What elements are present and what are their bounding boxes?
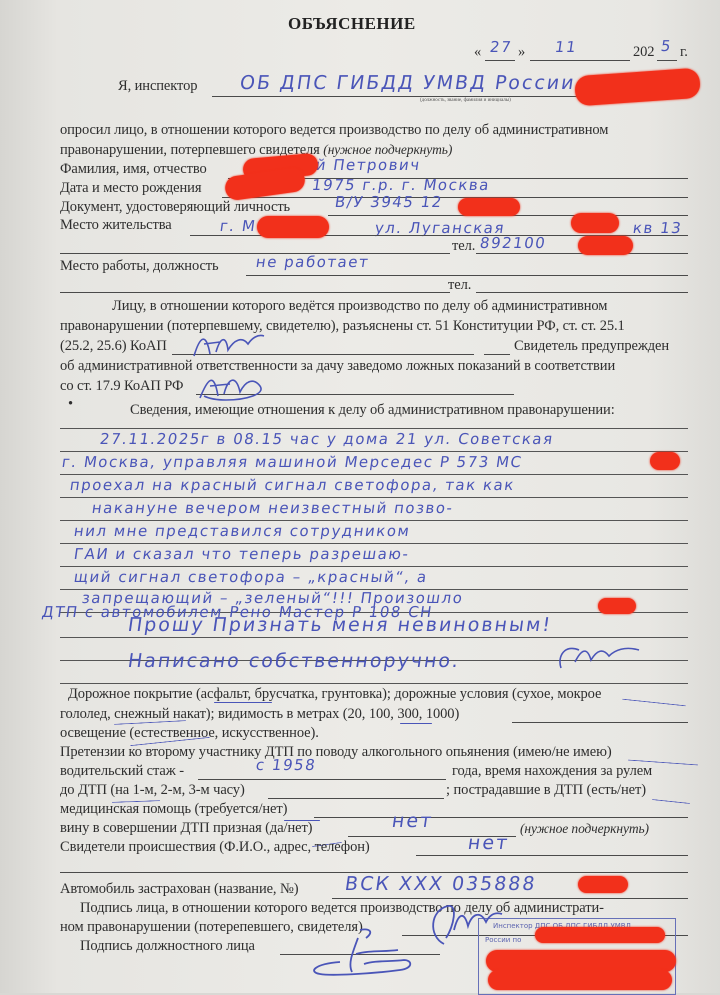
rights-line-3a: (25.2, 25.6) КоАП bbox=[60, 338, 167, 355]
hours-label: до ДТП (на 1-м, 2-м, 3-м часу) bbox=[60, 782, 245, 799]
phone-value: 892100 bbox=[479, 234, 548, 252]
statement-line: Прошу Признать меня невиновным! bbox=[126, 614, 553, 636]
redaction-mark bbox=[535, 927, 665, 943]
rights-line-2: правонарушении (потерпевшему, свидетелю)… bbox=[60, 318, 625, 335]
insurance-value: ВСК ХХХ 035888 bbox=[343, 873, 538, 895]
date-year-prefix: 202 bbox=[633, 44, 654, 61]
statement-line: проехал на красный сигнал светофора, так… bbox=[69, 476, 516, 494]
official-signature-label: Подпись должностного лица bbox=[80, 938, 255, 955]
id-document-value: В/У 3945 12 bbox=[334, 193, 444, 211]
statement-line: г. Москва, управляя машиной Мерседес Р 5… bbox=[61, 453, 524, 471]
birth-label: Дата и место рождения bbox=[60, 180, 201, 197]
rights-line-3b: Свидетель предупрежден bbox=[514, 338, 669, 355]
statement-line: 27.11.2025г в 08.15 час у дома 21 ул. Со… bbox=[99, 430, 555, 448]
road-surface-text: Дорожное покрытие (асфальт, брусчатка, г… bbox=[68, 686, 601, 703]
redaction-mark bbox=[578, 876, 628, 893]
date-close-quote: » bbox=[518, 44, 525, 61]
id-document-label: Документ, удостоверяющий личность bbox=[60, 199, 290, 216]
inspector-label: Я, инспектор bbox=[118, 78, 197, 95]
guilt-label: вину в совершении ДТП призная (да/нет) bbox=[60, 820, 312, 837]
victims-text: ; пострадавшие в ДТП (есть/нет) bbox=[446, 782, 646, 799]
statement-line: Написано собственноручно. bbox=[126, 650, 461, 672]
birth-value: 1975 г.р. г. Москва bbox=[311, 176, 492, 194]
bullet-dot: • bbox=[68, 396, 73, 413]
inspector-caption: (должность, звание, фамилия и инициалы) bbox=[420, 98, 511, 103]
document-page: ОБЪЯСНЕНИЕ « 27 » 11 202 5 г. Я, инспект… bbox=[0, 0, 720, 993]
date-year-unit: г. bbox=[680, 44, 688, 61]
date-year-suffix: 5 bbox=[660, 37, 674, 55]
claims-text: Претензии ко второму участнику ДТП по по… bbox=[60, 744, 612, 761]
experience-label: водительский стаж - bbox=[60, 763, 184, 780]
redaction-mark bbox=[650, 452, 680, 470]
witnesses-label: Свидетели происшествия (Ф.И.О., адрес, т… bbox=[60, 839, 370, 856]
signature-icon bbox=[300, 924, 440, 984]
statement-line: накануне вечером неизвестный позво- bbox=[91, 499, 455, 517]
redaction-mark bbox=[486, 950, 676, 972]
workplace-label: Место работы, должность bbox=[60, 258, 219, 275]
statement-line: ГАИ и сказал что теперь разрешаю- bbox=[73, 545, 411, 563]
witnesses-value: нет bbox=[466, 832, 510, 854]
redaction-mark bbox=[488, 970, 672, 990]
date-month: 11 bbox=[554, 38, 579, 56]
statement-line: щий сигнал светофора – „красный“, а bbox=[73, 568, 429, 586]
redaction-mark bbox=[578, 236, 633, 255]
experience-value: с 1958 bbox=[255, 756, 318, 774]
guilt-value: нет bbox=[390, 810, 434, 832]
signature-icon bbox=[196, 370, 286, 404]
redaction-mark bbox=[571, 213, 619, 233]
date-day: 27 bbox=[489, 38, 514, 56]
person-signature-line-1: Подпись лица, в отношении которого ведет… bbox=[80, 900, 604, 917]
redaction-mark bbox=[257, 216, 329, 238]
medical-text: медицинская помощь (требуется/нет) bbox=[60, 801, 287, 818]
intro-line-1: опросил лицо, в отношении которого ведет… bbox=[60, 122, 608, 139]
intro-line-2-hint: (нужное подчеркнуть) bbox=[323, 142, 452, 157]
inspector-value: ОБ ДПС ГИБДД УМВД России bbox=[238, 72, 577, 94]
date-open-quote: « bbox=[474, 44, 481, 61]
insurance-label: Автомобиль застрахован (название, №) bbox=[60, 881, 298, 898]
document-title: ОБЪЯСНЕНИЕ bbox=[288, 14, 416, 34]
phone-2-label: тел. bbox=[448, 277, 471, 294]
experience-suffix: года, время нахождения за рулем bbox=[452, 763, 652, 780]
guilt-hint: (нужное подчеркнуть) bbox=[520, 821, 649, 837]
redaction-mark bbox=[458, 198, 520, 216]
residence-label: Место жительства bbox=[60, 217, 172, 234]
full-name-label: Фамилия, имя, отчество bbox=[60, 161, 207, 178]
phone-label: тел. bbox=[452, 238, 475, 255]
road-visibility-text: гололед, снежный накат); видимость в мет… bbox=[60, 706, 459, 723]
redaction-mark bbox=[598, 598, 636, 614]
signature-icon bbox=[555, 640, 645, 672]
rights-line-5: со ст. 17.9 КоАП РФ bbox=[60, 378, 183, 395]
redaction-mark bbox=[574, 68, 701, 107]
residence-city: г. М bbox=[219, 217, 258, 235]
workplace-value: не работает bbox=[255, 253, 371, 271]
rights-line-1: Лицу, в отношении которого ведётся произ… bbox=[112, 298, 607, 315]
statement-heading: Сведения, имеющие отношения к делу об ад… bbox=[130, 402, 615, 419]
rights-line-4: об административной ответственности за д… bbox=[60, 358, 615, 375]
statement-line: нил мне представился сотрудником bbox=[73, 522, 412, 540]
